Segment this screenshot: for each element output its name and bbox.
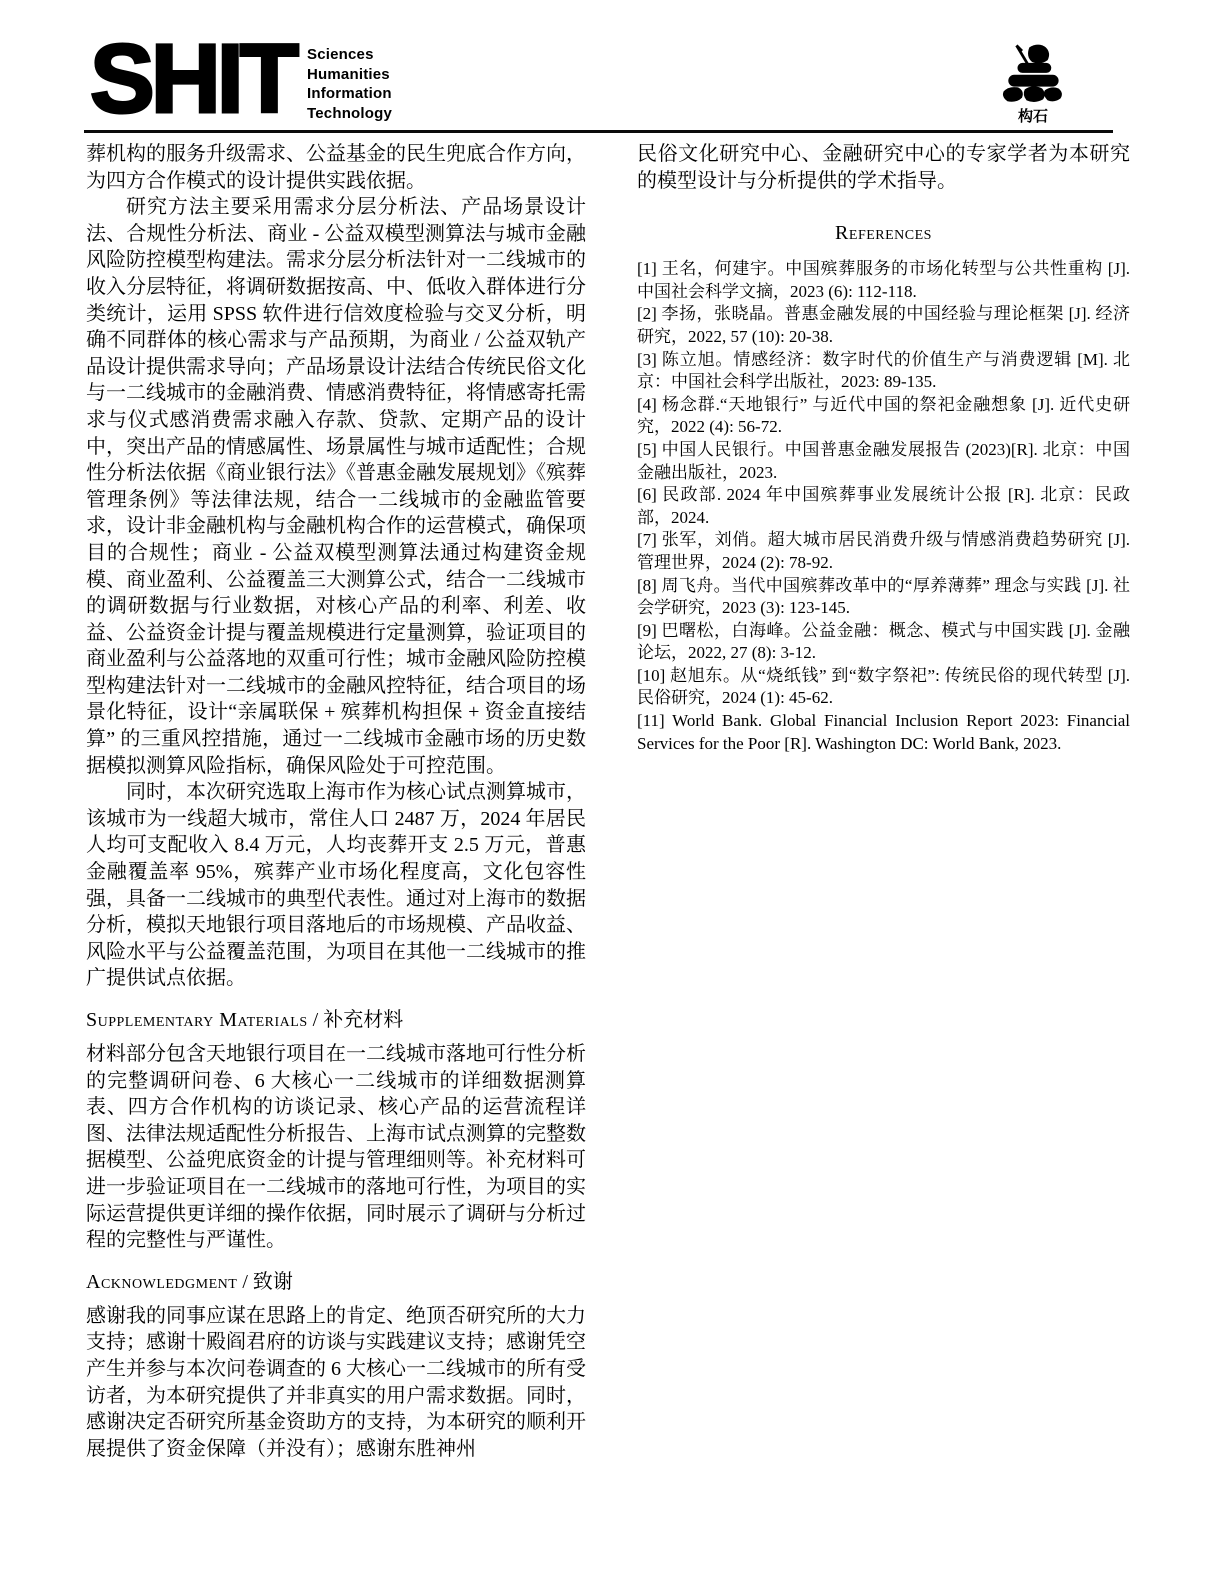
body-paragraph: 感谢我的同事应谋在思路上的肯定、绝顶否研究所的大力支持；感谢十殿阎君府的访谈与实… (86, 1303, 586, 1463)
body-paragraph: 材料部分包含天地银行项目在一二线城市落地可行性分析的完整调研问卷、6 大核心一二… (86, 1041, 586, 1254)
heading-english: Supplementary Materials (86, 1009, 308, 1031)
heading-chinese: / 补充材料 (308, 1009, 404, 1031)
wordmark-line: Information (307, 84, 392, 104)
body-paragraph: 葬机构的服务升级需求、公益基金的民生兜底合作方向，为四方合作模式的设计提供实践依… (86, 141, 586, 194)
reference-item: [3] 陈立旭。情感经济：数字时代的价值生产与消费逻辑 [M]. 北京：中国社会… (637, 349, 1130, 394)
reference-item: [9] 巴曙松，白海峰。公益金融：概念、模式与中国实践 [J]. 金融论坛，20… (637, 620, 1130, 665)
wordmark-line: Humanities (307, 65, 392, 85)
references-heading: References (637, 221, 1130, 245)
acknowledgment-heading: Acknowledgment / 致谢 (86, 1270, 586, 1294)
wordmark-line: Technology (307, 104, 392, 124)
heading-chinese: / 致谢 (237, 1271, 293, 1293)
wordmark-line: Sciences (307, 45, 392, 65)
journal-wordmark: Sciences Humanities Information Technolo… (307, 45, 392, 123)
reference-item: [6] 民政部. 2024 年中国殡葬事业发展统计公报 [R]. 北京：民政部，… (637, 484, 1130, 529)
header-rule (84, 130, 1113, 133)
heading-english: Acknowledgment (86, 1271, 237, 1293)
body-paragraph: 同时，本次研究选取上海市作为核心试点测算城市，该城市为一线超大城市，常住人口 2… (86, 779, 586, 992)
reference-item: [5] 中国人民银行。中国普惠金融发展报告 (2023)[R]. 北京：中国金融… (637, 439, 1130, 484)
body-paragraph: 民俗文化研究中心、金融研究中心的专家学者为本研究的模型设计与分析提供的学术指导。 (637, 141, 1130, 194)
reference-item: [7] 张军，刘俏。超大城市居民消费升级与情感消费趋势研究 [J]. 管理世界，… (637, 529, 1130, 574)
references-list: [1] 王名，何建宇。中国殡葬服务的市场化转型与公共性重构 [J]. 中国社会科… (637, 258, 1130, 755)
supplementary-materials-heading: Supplementary Materials / 补充材料 (86, 1008, 586, 1032)
rock-cairn-icon (993, 40, 1073, 104)
body-paragraph: 研究方法主要采用需求分层分析法、产品场景设计法、合规性分析法、商业 - 公益双模… (86, 194, 586, 779)
reference-item: [4] 杨念群.“天地银行” 与近代中国的祭祀金融想象 [J]. 近代史研究，2… (637, 394, 1130, 439)
left-column: 葬机构的服务升级需求、公益基金的民生兜底合作方向，为四方合作模式的设计提供实践依… (86, 141, 586, 1462)
reference-item: [11] World Bank. Global Financial Inclus… (637, 710, 1130, 755)
reference-item: [8] 周飞舟。当代中国殡葬改革中的“厚养薄葬” 理念与实践 [J]. 社会学研… (637, 575, 1130, 620)
publisher-logo: 构石 (993, 40, 1073, 126)
right-column: 民俗文化研究中心、金融研究中心的专家学者为本研究的模型设计与分析提供的学术指导。… (637, 141, 1130, 755)
reference-item: [10] 赵旭东。从“烧纸钱” 到“数字祭祀”: 传统民俗的现代转型 [J]. … (637, 665, 1130, 710)
journal-logo: SHIT (90, 30, 295, 127)
reference-item: [2] 李扬，张晓晶。普惠金融发展的中国经验与理论框架 [J]. 经济研究，20… (637, 303, 1130, 348)
paper-page: SHIT Sciences Humanities Information Tec… (0, 0, 1224, 1584)
publisher-name: 构石 (993, 105, 1073, 126)
reference-item: [1] 王名，何建宇。中国殡葬服务的市场化转型与公共性重构 [J]. 中国社会科… (637, 258, 1130, 303)
